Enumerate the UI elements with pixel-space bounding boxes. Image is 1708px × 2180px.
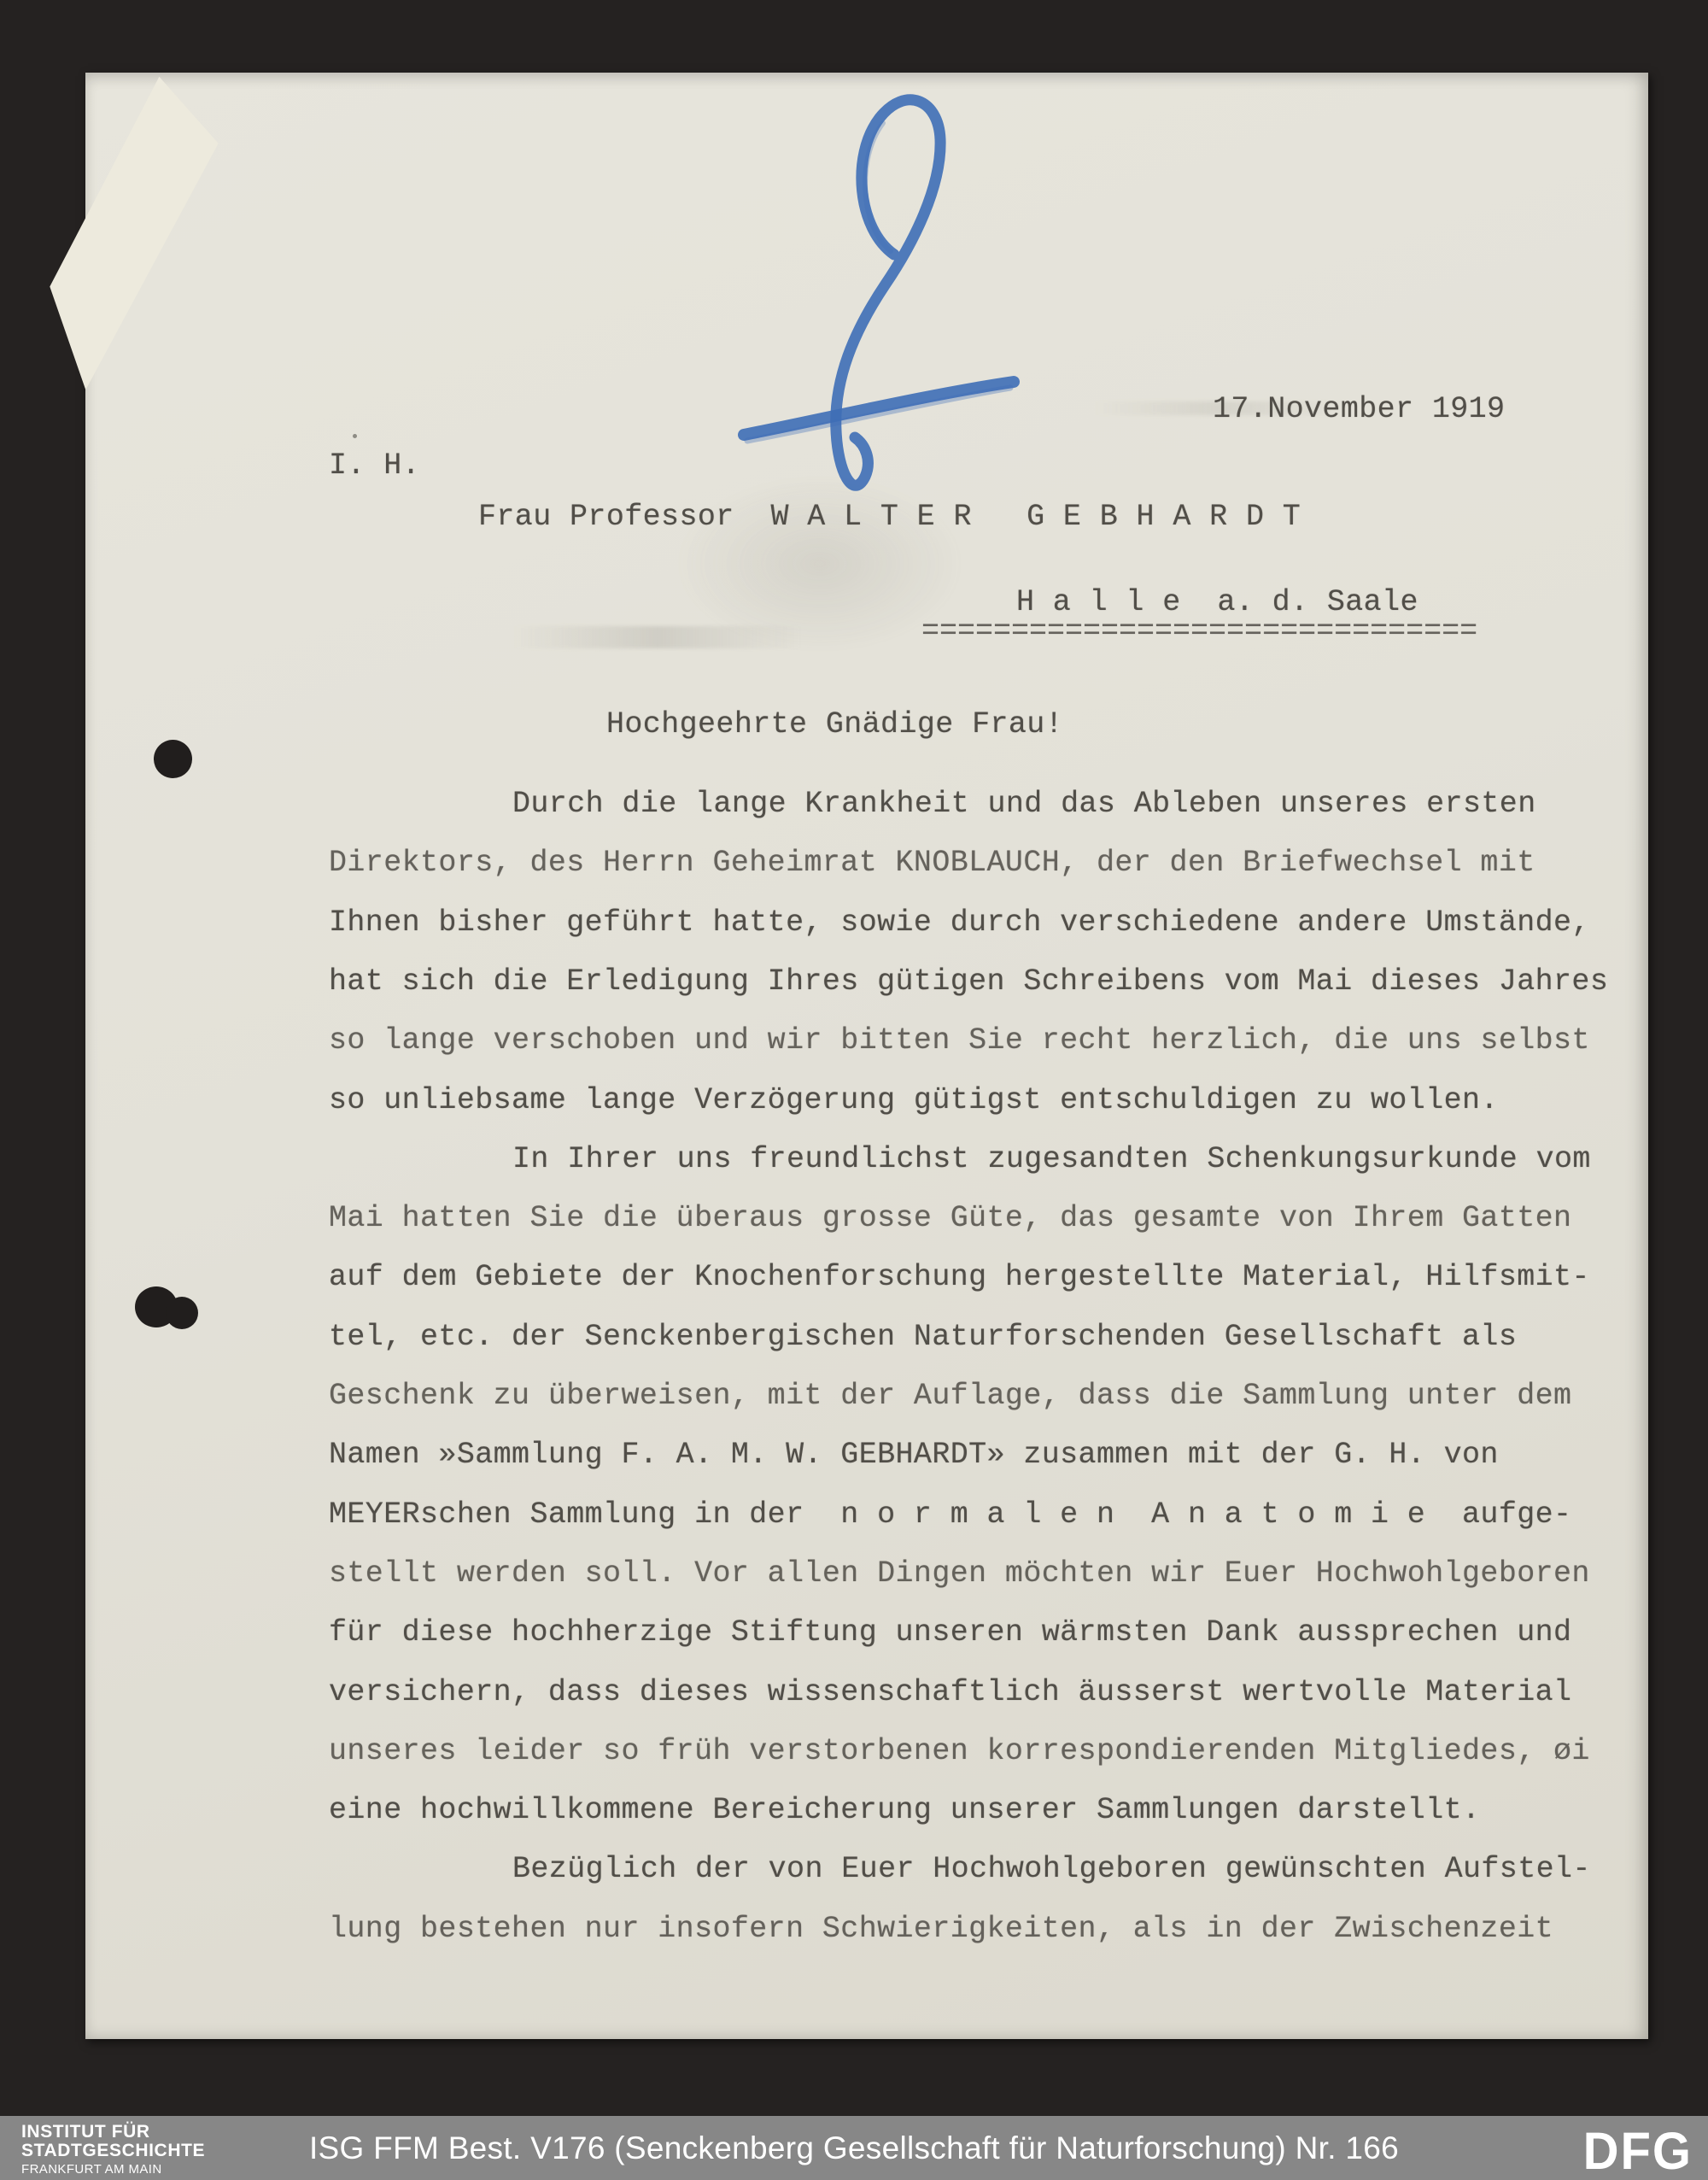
typed-line: auf dem Gebiete der Knochenforschung her… bbox=[329, 1263, 1590, 1292]
typed-line: Bezüglich der von Euer Hochwohlgeboren g… bbox=[512, 1855, 1591, 1884]
typed-line: tel, etc. der Senckenbergischen Naturfor… bbox=[329, 1322, 1517, 1352]
punch-hole-bottom-tear bbox=[166, 1297, 198, 1329]
typed-line: versichern, dass dieses wissenschaftlich… bbox=[329, 1678, 1571, 1708]
typed-line: hat sich die Erledigung Ihres gütigen Sc… bbox=[329, 967, 1608, 997]
typed-line: Mai hatten Sie die überaus grosse Güte, … bbox=[329, 1204, 1571, 1234]
addressee-line: Frau Professor W A L T E R G E B H A R D… bbox=[478, 502, 1301, 532]
typed-line: Namen »Sammlung F. A. M. W. GEBHARDT» zu… bbox=[329, 1440, 1499, 1470]
typed-line: Ihnen bisher geführt hatte, sowie durch … bbox=[329, 908, 1590, 938]
archive-caption: ISG FFM Best. V176 (Senckenberg Gesellsc… bbox=[0, 2130, 1708, 2166]
footer-bar: INSTITUT FÜR STADTGESCHICHTE FRANKFURT A… bbox=[0, 2116, 1708, 2180]
typed-line: so unliebsame lange Verzögerung gütigst … bbox=[329, 1086, 1499, 1116]
typed-line: In Ihrer uns freundlichst zugesandten Sc… bbox=[512, 1145, 1591, 1175]
paper-speck bbox=[353, 434, 357, 438]
typed-line: MEYERschen Sammlung in der n o r m a l e… bbox=[329, 1500, 1571, 1530]
scanned-letter-canvas: 17.November 1919 I. H. Frau Professor W … bbox=[0, 0, 1708, 2180]
typed-line: eine hochwillkommene Bereicherung unsere… bbox=[329, 1796, 1480, 1825]
typed-line: so lange verschoben und wir bitten Sie r… bbox=[329, 1026, 1590, 1056]
typed-line: für diese hochherzige Stiftung unseren w… bbox=[329, 1618, 1571, 1648]
typed-line: Geschenk zu überweisen, mit der Auflage,… bbox=[329, 1381, 1571, 1411]
typed-line: unseres leider so früh verstorbenen korr… bbox=[329, 1737, 1590, 1767]
salutation: Hochgeehrte Gnädige Frau! bbox=[606, 710, 1063, 740]
punch-hole-top bbox=[154, 740, 192, 778]
typed-line: lung bestehen nur insofern Schwierigkeit… bbox=[329, 1914, 1553, 1944]
dfg-logo: DFG bbox=[1583, 2121, 1693, 2180]
typed-line: stellt werden soll. Vor allen Dingen möc… bbox=[329, 1559, 1590, 1589]
reference-mark: I. H. bbox=[329, 451, 420, 481]
address-city: H a l l e a. d. Saale bbox=[1016, 588, 1418, 618]
address-underline: =============================== bbox=[921, 617, 1477, 647]
typed-line: Durch die lange Krankheit und das Ablebe… bbox=[512, 789, 1536, 819]
handwritten-g-mark bbox=[726, 77, 1033, 521]
date-line: 17.November 1919 bbox=[1213, 395, 1505, 425]
typed-line: Direktors, des Herrn Geheimrat KNOBLAUCH… bbox=[329, 848, 1535, 878]
